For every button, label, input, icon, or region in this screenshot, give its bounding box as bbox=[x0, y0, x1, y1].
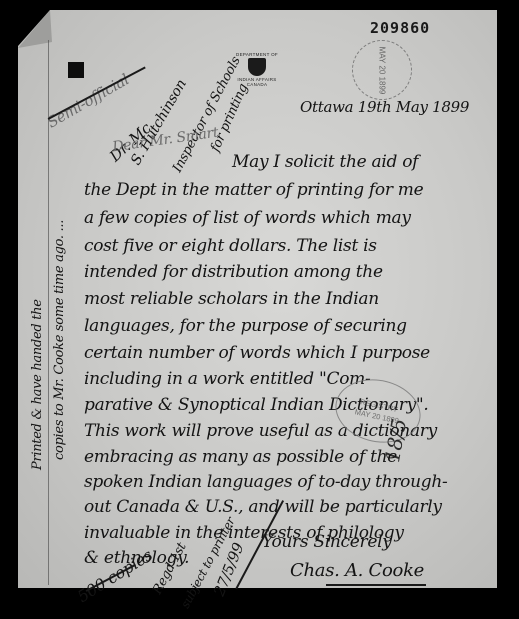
crest-top-text: DEPARTMENT OF bbox=[236, 52, 278, 57]
signature-underline bbox=[326, 584, 426, 586]
body-line-9: including in a work entitled "Com- bbox=[84, 369, 370, 389]
left-margin-note-2: copies to Mr. Cooke some time ago. ... bbox=[52, 220, 67, 460]
department-crest: DEPARTMENT OF INDIAN AFFAIRS CANADA bbox=[234, 52, 280, 90]
body-line-12: embracing as many as possible of the bbox=[84, 447, 397, 467]
received-stamp-date: MAY 20 1899 bbox=[378, 46, 387, 94]
body-line-2: the Dept in the matter of printing for m… bbox=[84, 180, 423, 200]
place-date: Ottawa 19th May 1899 bbox=[300, 98, 469, 116]
body-line-13: spoken Indian languages of to-day throug… bbox=[84, 472, 447, 492]
body-line-14: out Canada & U.S., and will be particula… bbox=[84, 497, 442, 517]
received-stamp: MAY 20 1899 bbox=[352, 40, 412, 100]
crest-country-text: CANADA bbox=[247, 82, 268, 87]
body-line-8: certain number of words which I purpose bbox=[84, 343, 430, 363]
body-line-1: May I solicit the aid of bbox=[232, 152, 418, 172]
left-margin-note-1: Printed & have handed the bbox=[30, 299, 45, 470]
body-line-3: a few copies of list of words which may bbox=[84, 208, 411, 228]
signature: Chas. A. Cooke bbox=[290, 560, 424, 581]
body-line-4: cost five or eight dollars. The list is bbox=[84, 236, 377, 256]
body-line-6: most reliable scholars in the Indian bbox=[84, 289, 379, 309]
body-line-7: languages, for the purpose of securing bbox=[84, 316, 407, 336]
punch-mark bbox=[68, 62, 84, 78]
closing: Yours Sincerely bbox=[262, 532, 392, 552]
coat-of-arms-icon bbox=[248, 58, 266, 76]
body-line-5: intended for distribution among the bbox=[84, 262, 383, 282]
serial-number: 209860 bbox=[370, 19, 430, 37]
